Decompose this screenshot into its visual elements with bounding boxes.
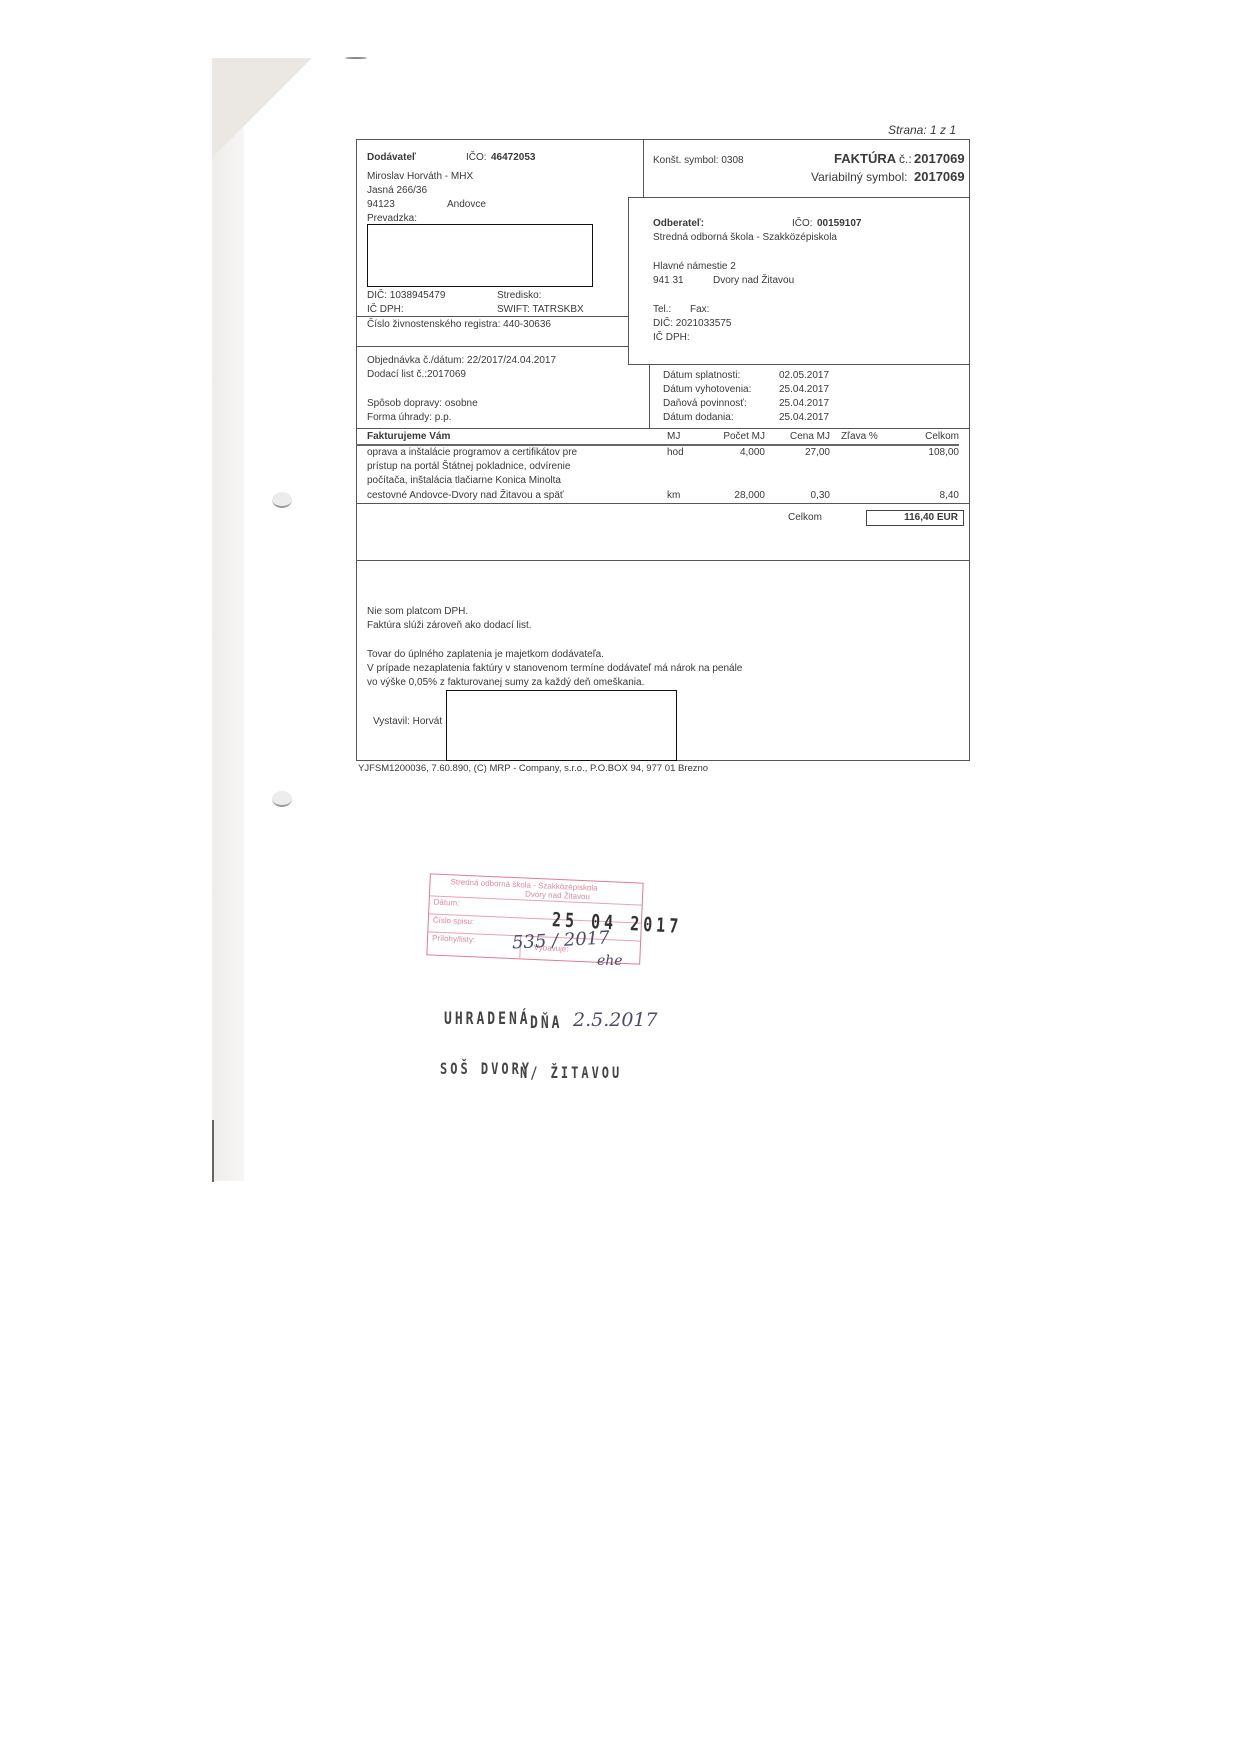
grand-total-value: 116,40 EUR — [866, 513, 958, 523]
col-description: Fakturujeme Vám — [367, 432, 450, 442]
invoice-number-label: č.: — [899, 153, 912, 165]
punch-hole — [272, 492, 292, 508]
divider — [643, 139, 644, 199]
col-qty: Počet MJ — [700, 432, 765, 442]
payment-form: Forma úhrady: p.p. — [367, 413, 451, 423]
supplier-center-label: Stredisko: — [497, 291, 541, 301]
date-label: Dátum dodania: — [663, 413, 734, 423]
customer-heading: Odberateľ: — [653, 219, 704, 229]
constant-symbol: Konšt. symbol: 0308 — [653, 156, 744, 166]
date-value: 02.05.2017 — [779, 371, 829, 381]
col-unit: MJ — [667, 432, 680, 442]
paid-label: UHRADENÁ — [444, 1010, 531, 1030]
supplier-swift: SWIFT: TATRSKBX — [497, 305, 584, 315]
row-price: 0,30 — [770, 491, 830, 501]
stamp-org: Stredná odborná škola - Szakközépiskola — [450, 877, 597, 892]
software-footer: YJFSM1200036, 7.60.890, (C) MRP - Compan… — [358, 764, 708, 774]
supplier-ico: 46472053 — [491, 153, 536, 163]
note-line: V prípade nezaplatenia faktúry v stanove… — [367, 664, 742, 674]
col-price: Cena MJ — [770, 432, 830, 442]
note-line: vo výške 0,05% z fakturovanej sumy za ka… — [367, 678, 644, 688]
stamp-number-label: Číslo spisu: — [433, 916, 475, 927]
date-label: Dátum vyhotovenia: — [663, 385, 751, 395]
row-description-line: oprava a inštalácie programov a certifik… — [367, 448, 577, 458]
divider — [356, 428, 970, 429]
customer-ic-dph: IČ DPH: — [653, 333, 690, 343]
supplier-ico-label: IČO: — [466, 153, 487, 163]
row-description-line: cestovné Andovce-Dvory nad Žitavou a spä… — [367, 491, 564, 501]
customer-tel: Tel.: — [653, 305, 671, 315]
row-unit: hod — [667, 448, 684, 458]
invoice-number: 2017069 — [914, 152, 965, 165]
order-reference: Objednávka č./dátum: 22/2017/24.04.2017 — [367, 356, 556, 366]
customer-ico: 00159107 — [817, 219, 862, 229]
customer-name: Stredná odborná škola - Szakközépiskola — [653, 233, 837, 243]
header-underline — [356, 444, 959, 446]
supplier-premises-label: Prevadzka: — [367, 214, 417, 224]
row-unit: km — [667, 491, 680, 501]
customer-city: Dvory nad Žitavou — [713, 276, 794, 286]
row-total: 108,00 — [900, 448, 959, 458]
scan-edge-line — [212, 1120, 214, 1182]
note-line: Nie som platcom DPH. — [367, 607, 468, 617]
supplier-trade-register: Číslo živnostenského registra: 440-30636 — [367, 320, 551, 330]
row-qty: 28,000 — [700, 491, 765, 501]
date-value: 25.04.2017 — [779, 399, 829, 409]
row-price: 27,00 — [770, 448, 830, 458]
stamp-attachments-label: Prílohy/listy: — [432, 934, 475, 945]
note-line: Tovar do úplného zaplatenia je majetkom … — [367, 650, 604, 660]
customer-street: Hlavné námestie 2 — [653, 262, 736, 272]
page-number: Strana: 1 z 1 — [888, 124, 956, 136]
stamp-date-label: Dátum: — [433, 898, 459, 908]
date-label: Daňová povinnosť: — [663, 399, 747, 409]
customer-ico-label: IČO: — [792, 219, 813, 229]
folded-corner — [212, 58, 312, 158]
supplier-ic-dph: IČ DPH: — [367, 305, 404, 315]
redacted-box — [367, 224, 593, 287]
date-value: 25.04.2017 — [779, 385, 829, 395]
paid-org: SOŠ DVORY — [440, 1060, 532, 1078]
scan-page-edge — [212, 58, 244, 1181]
supplier-city: Andovce — [447, 200, 486, 210]
punch-hole — [272, 791, 292, 807]
note-line: Faktúra slúži zároveň ako dodací list. — [367, 621, 532, 631]
grand-total-label: Celkom — [788, 513, 822, 523]
divider — [356, 503, 970, 504]
row-total: 8,40 — [900, 491, 959, 501]
invoice-title: FAKTÚRA — [834, 152, 896, 165]
supplier-heading: Dodávateľ — [367, 153, 416, 163]
transport-method: Spôsob dopravy: osobne — [367, 399, 478, 409]
row-description-line: počítača, inštalácia tlačiarne Konica Mi… — [367, 476, 561, 486]
paid-date: 2.5.2017 — [573, 1009, 658, 1031]
supplier-zip: 94123 — [367, 200, 395, 210]
divider — [356, 346, 628, 347]
variable-symbol: 2017069 — [914, 170, 965, 183]
supplier-dic: DIČ: 1038945479 — [367, 291, 445, 301]
delivery-note: Dodací list č.:2017069 — [367, 370, 466, 380]
divider — [649, 365, 650, 428]
paid-org-place: N/ ŽITAVOU — [520, 1064, 622, 1082]
redacted-box — [446, 690, 677, 761]
variable-symbol-label: Variabilný symbol: — [811, 171, 907, 183]
customer-fax: Fax: — [690, 305, 709, 315]
date-label: Dátum splatnosti: — [663, 371, 740, 381]
row-qty: 4,000 — [700, 448, 765, 458]
divider — [356, 560, 970, 561]
divider — [356, 316, 628, 317]
customer-zip: 941 31 — [653, 276, 684, 286]
issued-by: Vystavil: Horvát — [373, 717, 442, 727]
customer-dic: DIČ: 2021033575 — [653, 319, 731, 329]
col-discount: Zľava % — [841, 432, 878, 442]
stamp-handled-value: ehe — [597, 953, 623, 969]
scan-mark — [345, 57, 367, 59]
paid-on-label: DŇA — [530, 1014, 562, 1034]
col-total: Celkom — [900, 432, 959, 442]
row-description-line: prístup na portál Štátnej pokladnice, od… — [367, 462, 570, 472]
supplier-name: Miroslav Horváth - MHX — [367, 172, 473, 182]
supplier-street: Jasná 266/36 — [367, 186, 427, 196]
date-value: 25.04.2017 — [779, 413, 829, 423]
